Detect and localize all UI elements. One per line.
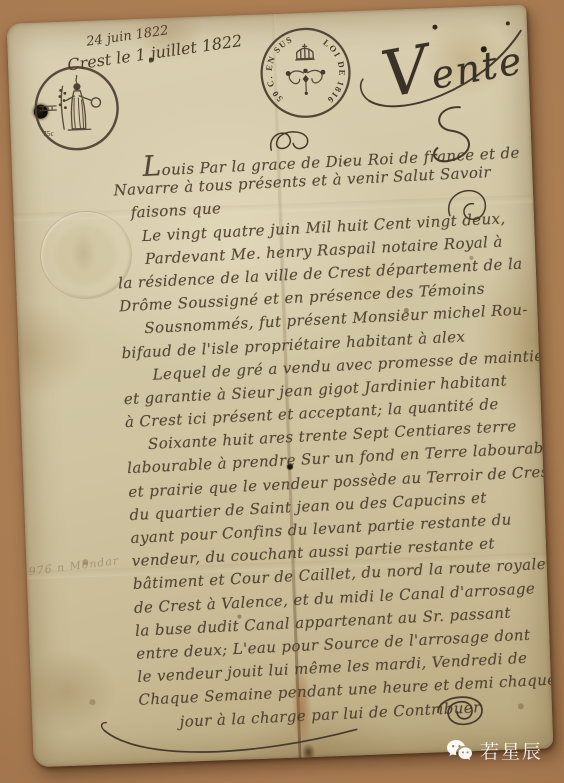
photo-background: 75c LOI DE 1816 50 C. EN SUS [0,0,564,783]
manuscript-body: Louis Par la grace de Dieu Roi de france… [112,137,546,736]
revenue-stamp-crown-icon: LOI DE 1816 50 C. EN SUS [257,24,354,121]
wechat-icon [446,739,473,763]
wechat-watermark: 若星辰 [446,737,543,764]
watermark-text: 若星辰 [480,737,543,764]
manuscript-page: 75c LOI DE 1816 50 C. EN SUS [7,5,554,768]
stamp-denomination: 75c [43,129,55,138]
ink-specks [7,24,9,26]
handwritten-date-note: 24 juin 1822 Crest le 1 juillet 1822 [64,12,244,76]
revenue-stamp-figure-icon: 75c [30,62,123,155]
